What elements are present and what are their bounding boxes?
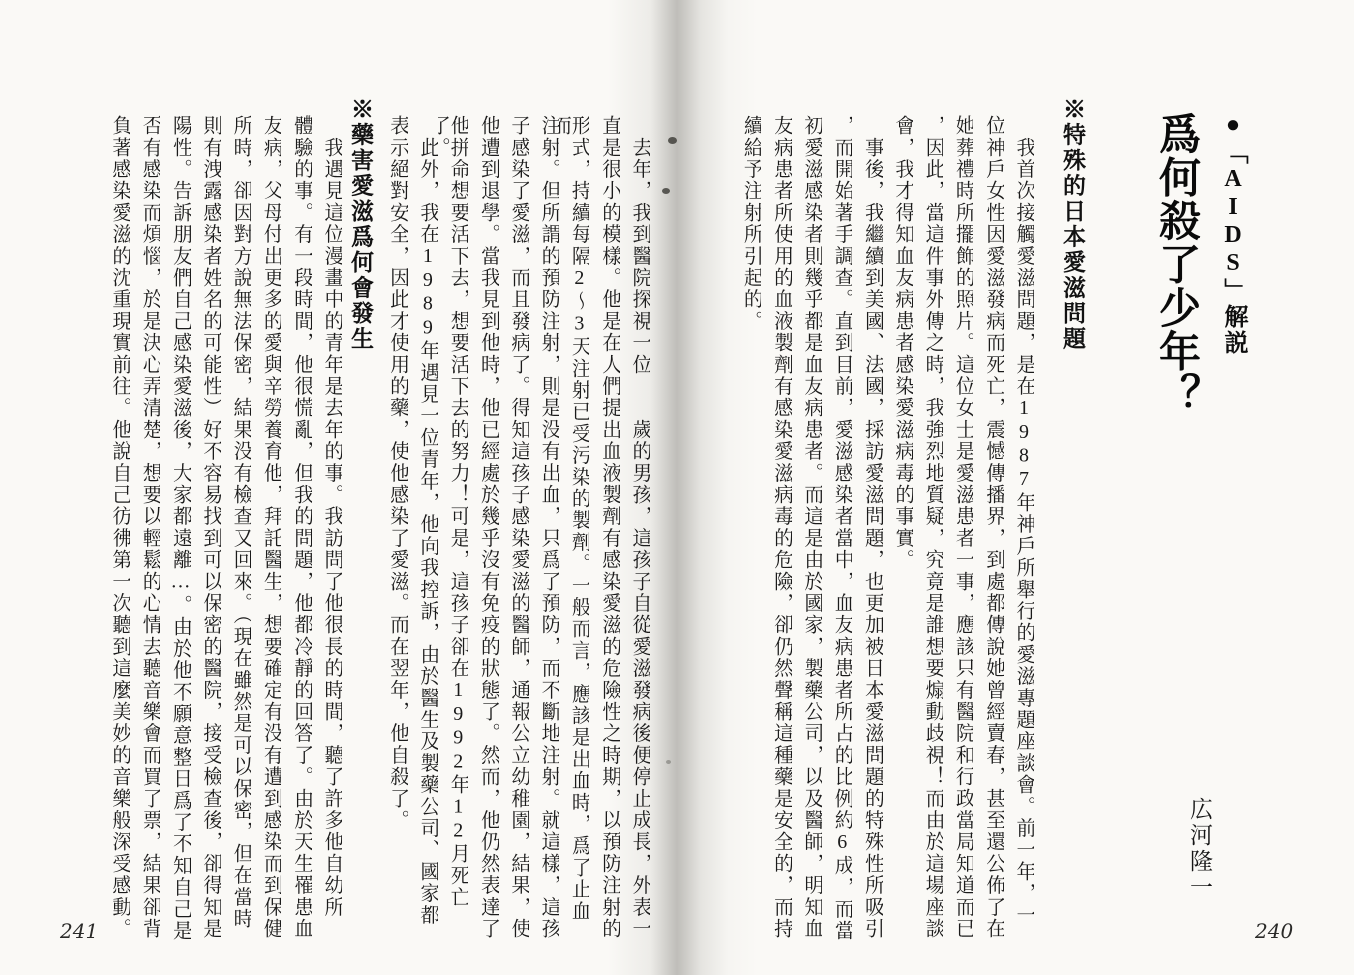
text-column: 去年，我到醫院探視一位 歲的男孩，這孩子自從愛滋發病後便停止成長，外表一 xyxy=(620,115,650,943)
text-column: 注射。但所謂的預防注射，則是没有出血，只爲了預防，而不斷地注射。就這樣，這孩 xyxy=(529,115,559,943)
text-column: 位神戶女性因愛滋發病而死亡，震憾傳播界，到處都傳說她曾經賣春，甚至還公佈了在 xyxy=(973,115,1003,943)
text-column: 我遇見這位漫畫中的青年是去年的事。我訪問了他很長的時間，聽了許多他自幼所 xyxy=(312,115,342,943)
text-column: 表示絕對安全，因此才使用的藥，使他感染了愛滋。而在翌年，他自殺了。 xyxy=(377,115,407,943)
right-page-body: 我首次接觸愛滋問題，是在1987年神戶所舉行的愛滋專題座談會。前一年，一位神戶女… xyxy=(731,115,1034,943)
binding-speck xyxy=(666,760,671,764)
section-heading-drug-aids: ※藥害愛滋爲何會發生 xyxy=(344,97,377,352)
text-column: 則有洩露感染者姓名的可能性）好不容易找到可以保密的醫院，接受檢查後，卻得知是 xyxy=(191,115,221,943)
text-column: 續給予注射所引起的。 xyxy=(731,115,761,943)
text-column: 他拼命想要活下去，想要活下去的努力！可是，這孩子卻在1992年12月死亡了。 xyxy=(438,115,468,943)
page-number-241: 241 xyxy=(60,919,98,943)
text-column: 負著感染愛滋的沈重現實前往。他說自己彷彿第一次聽到這麼美妙的音樂般深受感動。 xyxy=(100,115,130,943)
text-column: 她葬禮時所擺飾的照片。這位女士是愛滋患者一事，應該只有醫院和行政當局知道而已 xyxy=(943,115,973,943)
text-column: 直是很小的模樣。他是在人們提出血液製劑有感染愛滋的危險性之時期，以預防注射的 xyxy=(589,115,619,943)
left-page-body-part1: 去年，我到醫院探視一位 歲的男孩，這孩子自從愛滋發病後便停止成長，外表一直是很小… xyxy=(377,115,650,943)
text-column: 友病患者所使用的血液製劑有感染愛滋病毒的危險，卻仍然聲稱這種藥是安全的，而持 xyxy=(761,115,791,943)
text-column: 所時，卻因對方說無法保密，結果没有檢查又回來。（現在雖然是可以保密，但在當時 xyxy=(221,115,251,943)
author-name: 広河隆一 xyxy=(1183,797,1216,901)
text-column: 友病，父母付出更多的愛與辛勞養育他，拜託醫生，想要確定有没有遭到感染而到保健 xyxy=(251,115,281,943)
text-column: 否有感染而煩惱，於是決心弄清楚，想要以輕鬆的心情去聽音樂會而買了票，結果卻背 xyxy=(130,115,160,943)
text-column: 會，我才得知血友病患者感染愛滋病毒的事實。 xyxy=(883,115,913,943)
text-column: 體驗的事。有一段時間，他很慌亂，但我的問題，他都冷靜的回答了。由於天生罹患血 xyxy=(281,115,311,943)
chapter-title: 爲何殺了少年？ xyxy=(1146,112,1206,417)
series-label: ●「AIDS」解説 xyxy=(1216,112,1251,417)
text-column: 他遭到退學。當我見到他時，他已經處於幾乎沒有免疫的狀態了。然而，他仍然表達了 xyxy=(468,115,498,943)
text-column: 形式，持續每隔2～3天注射已受污染的製劑。一般而言，應該是出血時，爲了止血而 xyxy=(559,115,589,943)
text-column: ，而開始著手調查。直到目前，愛滋感染者當中，血友病患者所占的比例約6成，而當 xyxy=(822,115,852,943)
binding-speck xyxy=(668,137,677,144)
text-column: 初愛滋感染者則幾乎都是血友病患者。而這是由於國家，製藥公司，以及醫師，明知血 xyxy=(792,115,822,943)
binding-speck xyxy=(662,188,670,194)
text-column: ，因此，當這件事外傳之時，我強烈地質疑，究竟是誰想要煽動歧視！而由於這場座談 xyxy=(913,115,943,943)
text-column: 陽性。告訴朋友們自己感染愛滋後，大家都遠離…。由於他不願意整日爲了不知自己是 xyxy=(160,115,190,943)
section-heading-japan-aids: ※特殊的日本愛滋問題 xyxy=(1056,97,1089,352)
text-column: 事後，我繼續到美國、法國，採訪愛滋問題，也更加被日本愛滋問題的特殊性所吸引 xyxy=(852,115,882,943)
text-column: 此外，我在1989年遇見一位青年，他向我控訴，由於醫生及製藥公司、國家都 xyxy=(408,115,438,943)
left-page-body-part2: 我遇見這位漫畫中的青年是去年的事。我訪問了他很長的時間，聽了許多他自幼所體驗的事… xyxy=(98,115,342,943)
chapter-title-block: ●「AIDS」解説 爲何殺了少年？ xyxy=(1146,112,1251,417)
page-number-240: 240 xyxy=(1255,919,1293,943)
text-column: 我首次接觸愛滋問題，是在1987年神戶所舉行的愛滋專題座談會。前一年，一 xyxy=(1004,115,1034,943)
book-spread: ●「AIDS」解説 爲何殺了少年？ 広河隆一 ※特殊的日本愛滋問題 我首次接觸愛… xyxy=(0,0,1354,975)
text-column: 子感染了愛滋，而且發病了。得知這孩子感染愛滋的醫師，通報公立幼稚園，結果，使 xyxy=(499,115,529,943)
